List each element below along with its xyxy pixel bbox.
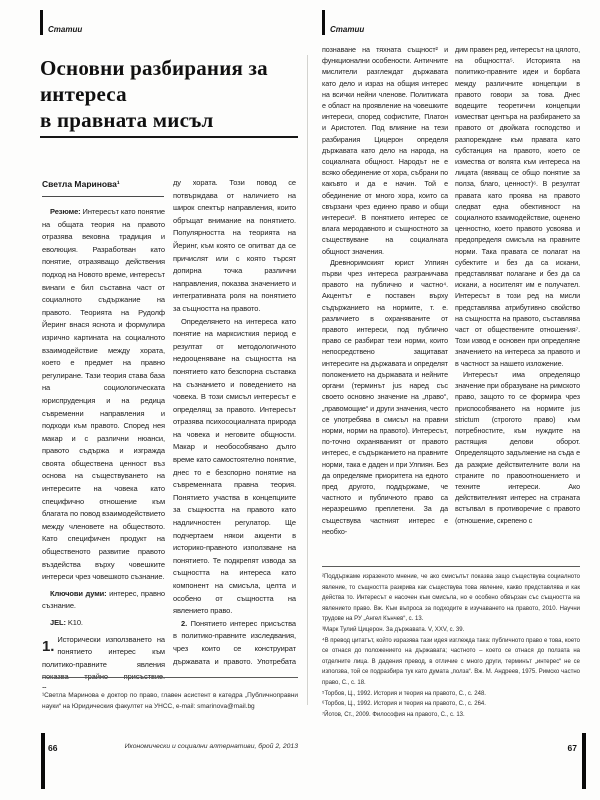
footnote: ⁶Торбов, Ц., 1992. История и теория на п… <box>322 699 580 710</box>
section-marker-left: Статии <box>40 10 82 35</box>
jel-label: JEL: <box>50 618 66 627</box>
author-name: Светла Маринова¹ <box>42 179 120 189</box>
section-marker-bar <box>322 10 325 35</box>
body-paragraph: Интересът има определящо значение при об… <box>455 369 580 526</box>
abstract-label: Резюме: <box>50 207 81 216</box>
footnote: ²Поддържаме изразеното мнение, че ако см… <box>322 572 580 625</box>
body-paragraph: познаване на тяхната същност² и функцион… <box>322 44 448 257</box>
page-number: 66 <box>48 743 57 753</box>
footnote-rule-right <box>322 566 580 567</box>
journal-spread: Статии Основни разбирания за интереса в … <box>0 0 600 800</box>
abstract-text: Интересът като понятие на общата теория … <box>42 207 165 581</box>
section-1-paragraph: 1. Исторически използването на понятието… <box>42 634 165 688</box>
section-2-number: 2. <box>181 619 187 628</box>
article-title: Основни разбирания за интереса в правнат… <box>40 55 300 133</box>
body-paragraph: ду хората. Този повод се потвърждава от … <box>173 177 296 316</box>
title-rule <box>40 136 298 138</box>
section-marker-right: Статии <box>322 10 364 35</box>
author-footnote: ¹Светла Маринова е доктор по право, глав… <box>42 690 298 712</box>
article-title-line2: в правната мисъл <box>40 107 300 133</box>
section-2-paragraph: 2. Понятието интерес присъства в политик… <box>173 618 296 669</box>
section-1-text: Исторически използването на понятието ин… <box>42 635 165 688</box>
abstract-paragraph: Резюме: Интересът като понятие на общата… <box>42 206 165 584</box>
author-rule <box>42 196 164 197</box>
keywords-label: Ключови думи: <box>50 589 107 598</box>
right-page-column-2: дим правен ред, интересът на цялото, на … <box>455 44 580 560</box>
footnote: ⁷Йотов, Ст., 2009. Философия на правото,… <box>322 710 580 721</box>
running-footer: Икономически и социални алтернативи, бро… <box>60 743 298 750</box>
jel-paragraph: JEL: K10. <box>42 617 165 630</box>
page-number-bar <box>582 733 586 789</box>
footnote: ⁵Торбов, Ц., 1992. История и теория на п… <box>322 689 580 700</box>
left-page-column-2: ду хората. Този повод се потвърждава от … <box>173 177 296 669</box>
left-page-column-1: Резюме: Интересът като понятие на общата… <box>42 206 165 688</box>
page-gutter-edge <box>307 55 308 705</box>
page-number-left-block: 66 <box>41 733 71 789</box>
section-1-number: 1. <box>42 635 54 658</box>
footnotes-block: ²Поддържаме изразеното мнение, че ако см… <box>322 572 580 720</box>
page-number-bar <box>41 733 45 789</box>
section-label: Статии <box>48 25 82 34</box>
right-page-column-1: познаване на тяхната същност² и функцион… <box>322 44 448 560</box>
jel-code: K10. <box>68 618 83 627</box>
body-paragraph: Древноримският юрист Улпиян първи чрез и… <box>322 257 448 537</box>
section-label: Статии <box>330 25 364 34</box>
page-number: 67 <box>568 743 577 753</box>
section-2-text: Понятието интерес присъства в политико-п… <box>173 619 296 669</box>
body-paragraph: дим правен ред, интересът на цялото, на … <box>455 44 580 369</box>
footnote: ³Марк Тулий Цицерон. За държавата. V, XX… <box>322 625 580 636</box>
keywords-paragraph: Ключови думи: интерес, правно съзнание. <box>42 588 165 613</box>
page-number-right-block: 67 <box>552 733 586 789</box>
section-marker-bar <box>40 10 43 35</box>
footnote: ⁴В превод цитатът, който изразява тази и… <box>322 636 580 689</box>
body-paragraph: Определянето на интереса като понятие на… <box>173 316 296 618</box>
footnote-rule-left <box>42 677 298 678</box>
article-title-line1: Основни разбирания за интереса <box>40 55 300 107</box>
